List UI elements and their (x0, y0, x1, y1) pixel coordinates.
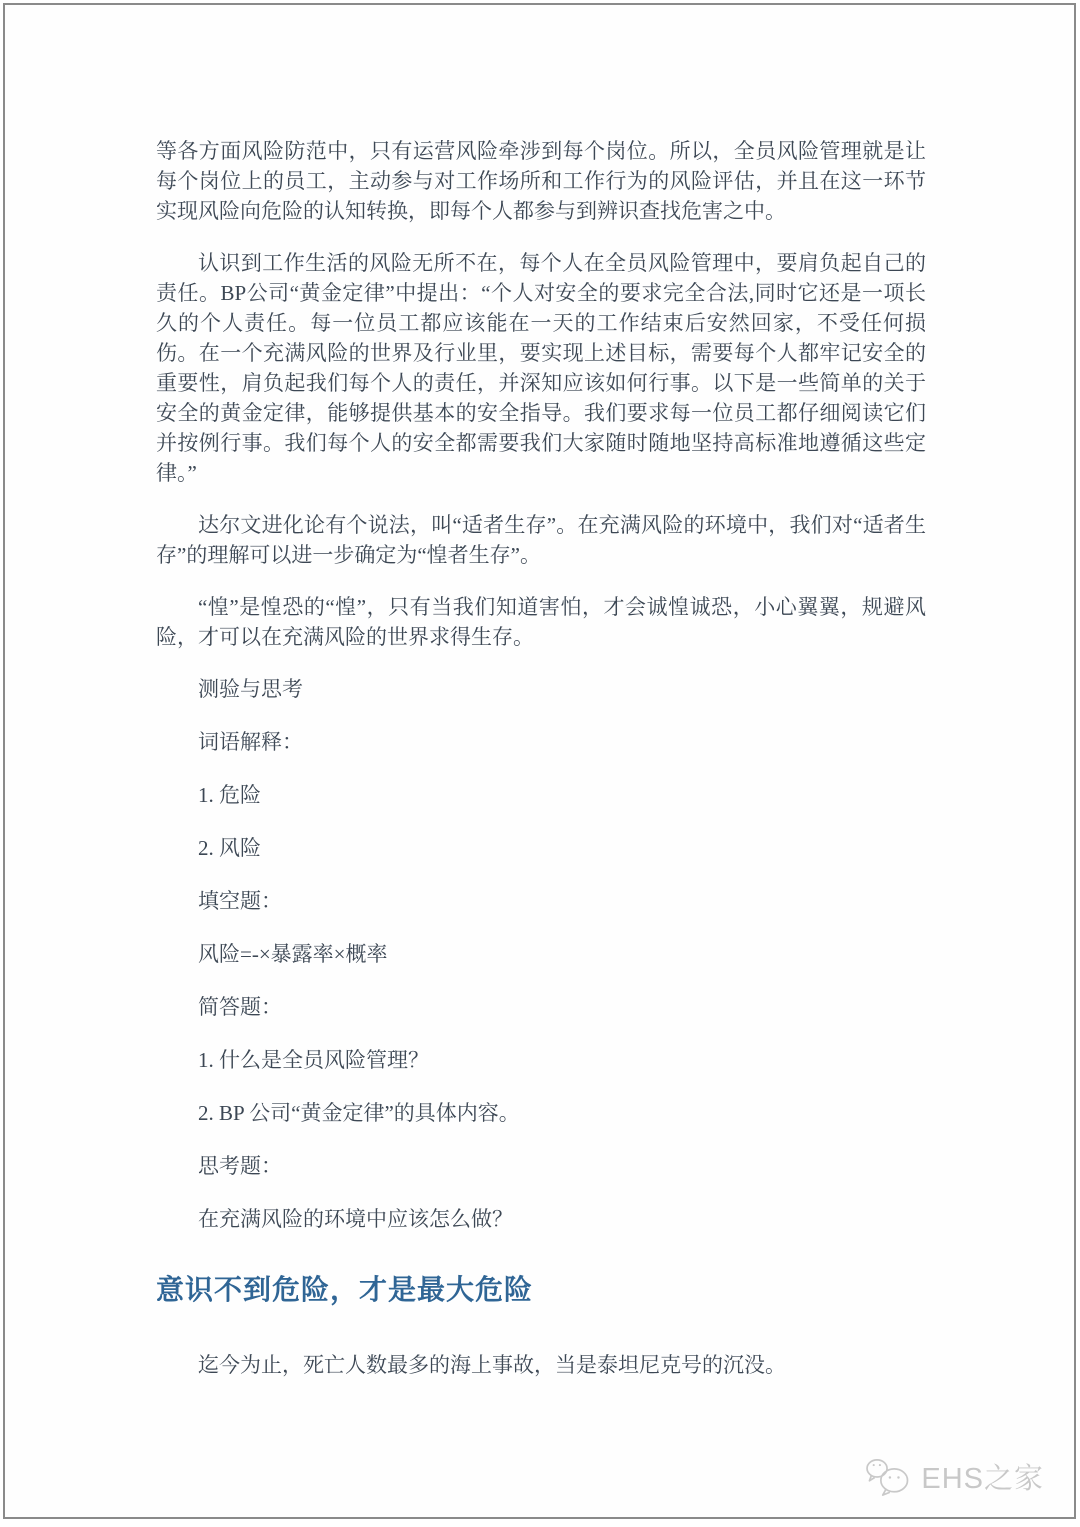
quiz-item: 2. BP 公司“黄金定律”的具体内容。 (156, 1098, 926, 1128)
body-paragraph: 等各方面风险防范中，只有运营风险牵涉到每个岗位。所以，全员风险管理就是让每个岗位… (156, 136, 926, 226)
quiz-fill-blank-formula: 风险=-×暴露率×概率 (156, 939, 926, 969)
body-paragraph: 达尔文进化论有个说法，叫“适者生存”。在充满风险的环境中，我们对“适者生存”的理… (156, 510, 926, 570)
watermark: EHS之家 (864, 1456, 1044, 1497)
watermark-label: EHS之家 (921, 1456, 1044, 1497)
body-paragraph: 认识到工作生活的风险无所不在，每个人在全员风险管理中，要肩负起自己的责任。BP公… (156, 248, 926, 488)
quiz-subsection-label: 填空题： (156, 886, 926, 916)
section-heading: 意识不到危险，才是最大危险 (156, 1274, 926, 1306)
quiz-item: 2. 风险 (156, 833, 926, 863)
page-content: 等各方面风险防范中，只有运营风险牵涉到每个岗位。所以，全员风险管理就是让每个岗位… (156, 136, 926, 1380)
body-paragraph: “惶”是惶恐的“惶”，只有当我们知道害怕，才会诚惶诚恐，小心翼翼，规避风险，才可… (156, 592, 926, 652)
wechat-bubbles-icon (864, 1457, 912, 1497)
closing-paragraph: 迄今为止，死亡人数最多的海上事故，当是泰坦尼克号的沉没。 (156, 1350, 926, 1380)
quiz-subsection-label: 思考题： (156, 1151, 926, 1181)
quiz-subsection-label: 词语解释： (156, 727, 926, 757)
quiz-subsection-label: 简答题： (156, 992, 926, 1022)
quiz-item: 1. 什么是全员风险管理？ (156, 1045, 926, 1075)
quiz-item: 1. 危险 (156, 780, 926, 810)
quiz-item: 在充满风险的环境中应该怎么做？ (156, 1204, 926, 1234)
document-page: 等各方面风险防范中，只有运营风险牵涉到每个岗位。所以，全员风险管理就是让每个岗位… (3, 3, 1076, 1519)
quiz-section-title: 测验与思考 (156, 674, 926, 704)
